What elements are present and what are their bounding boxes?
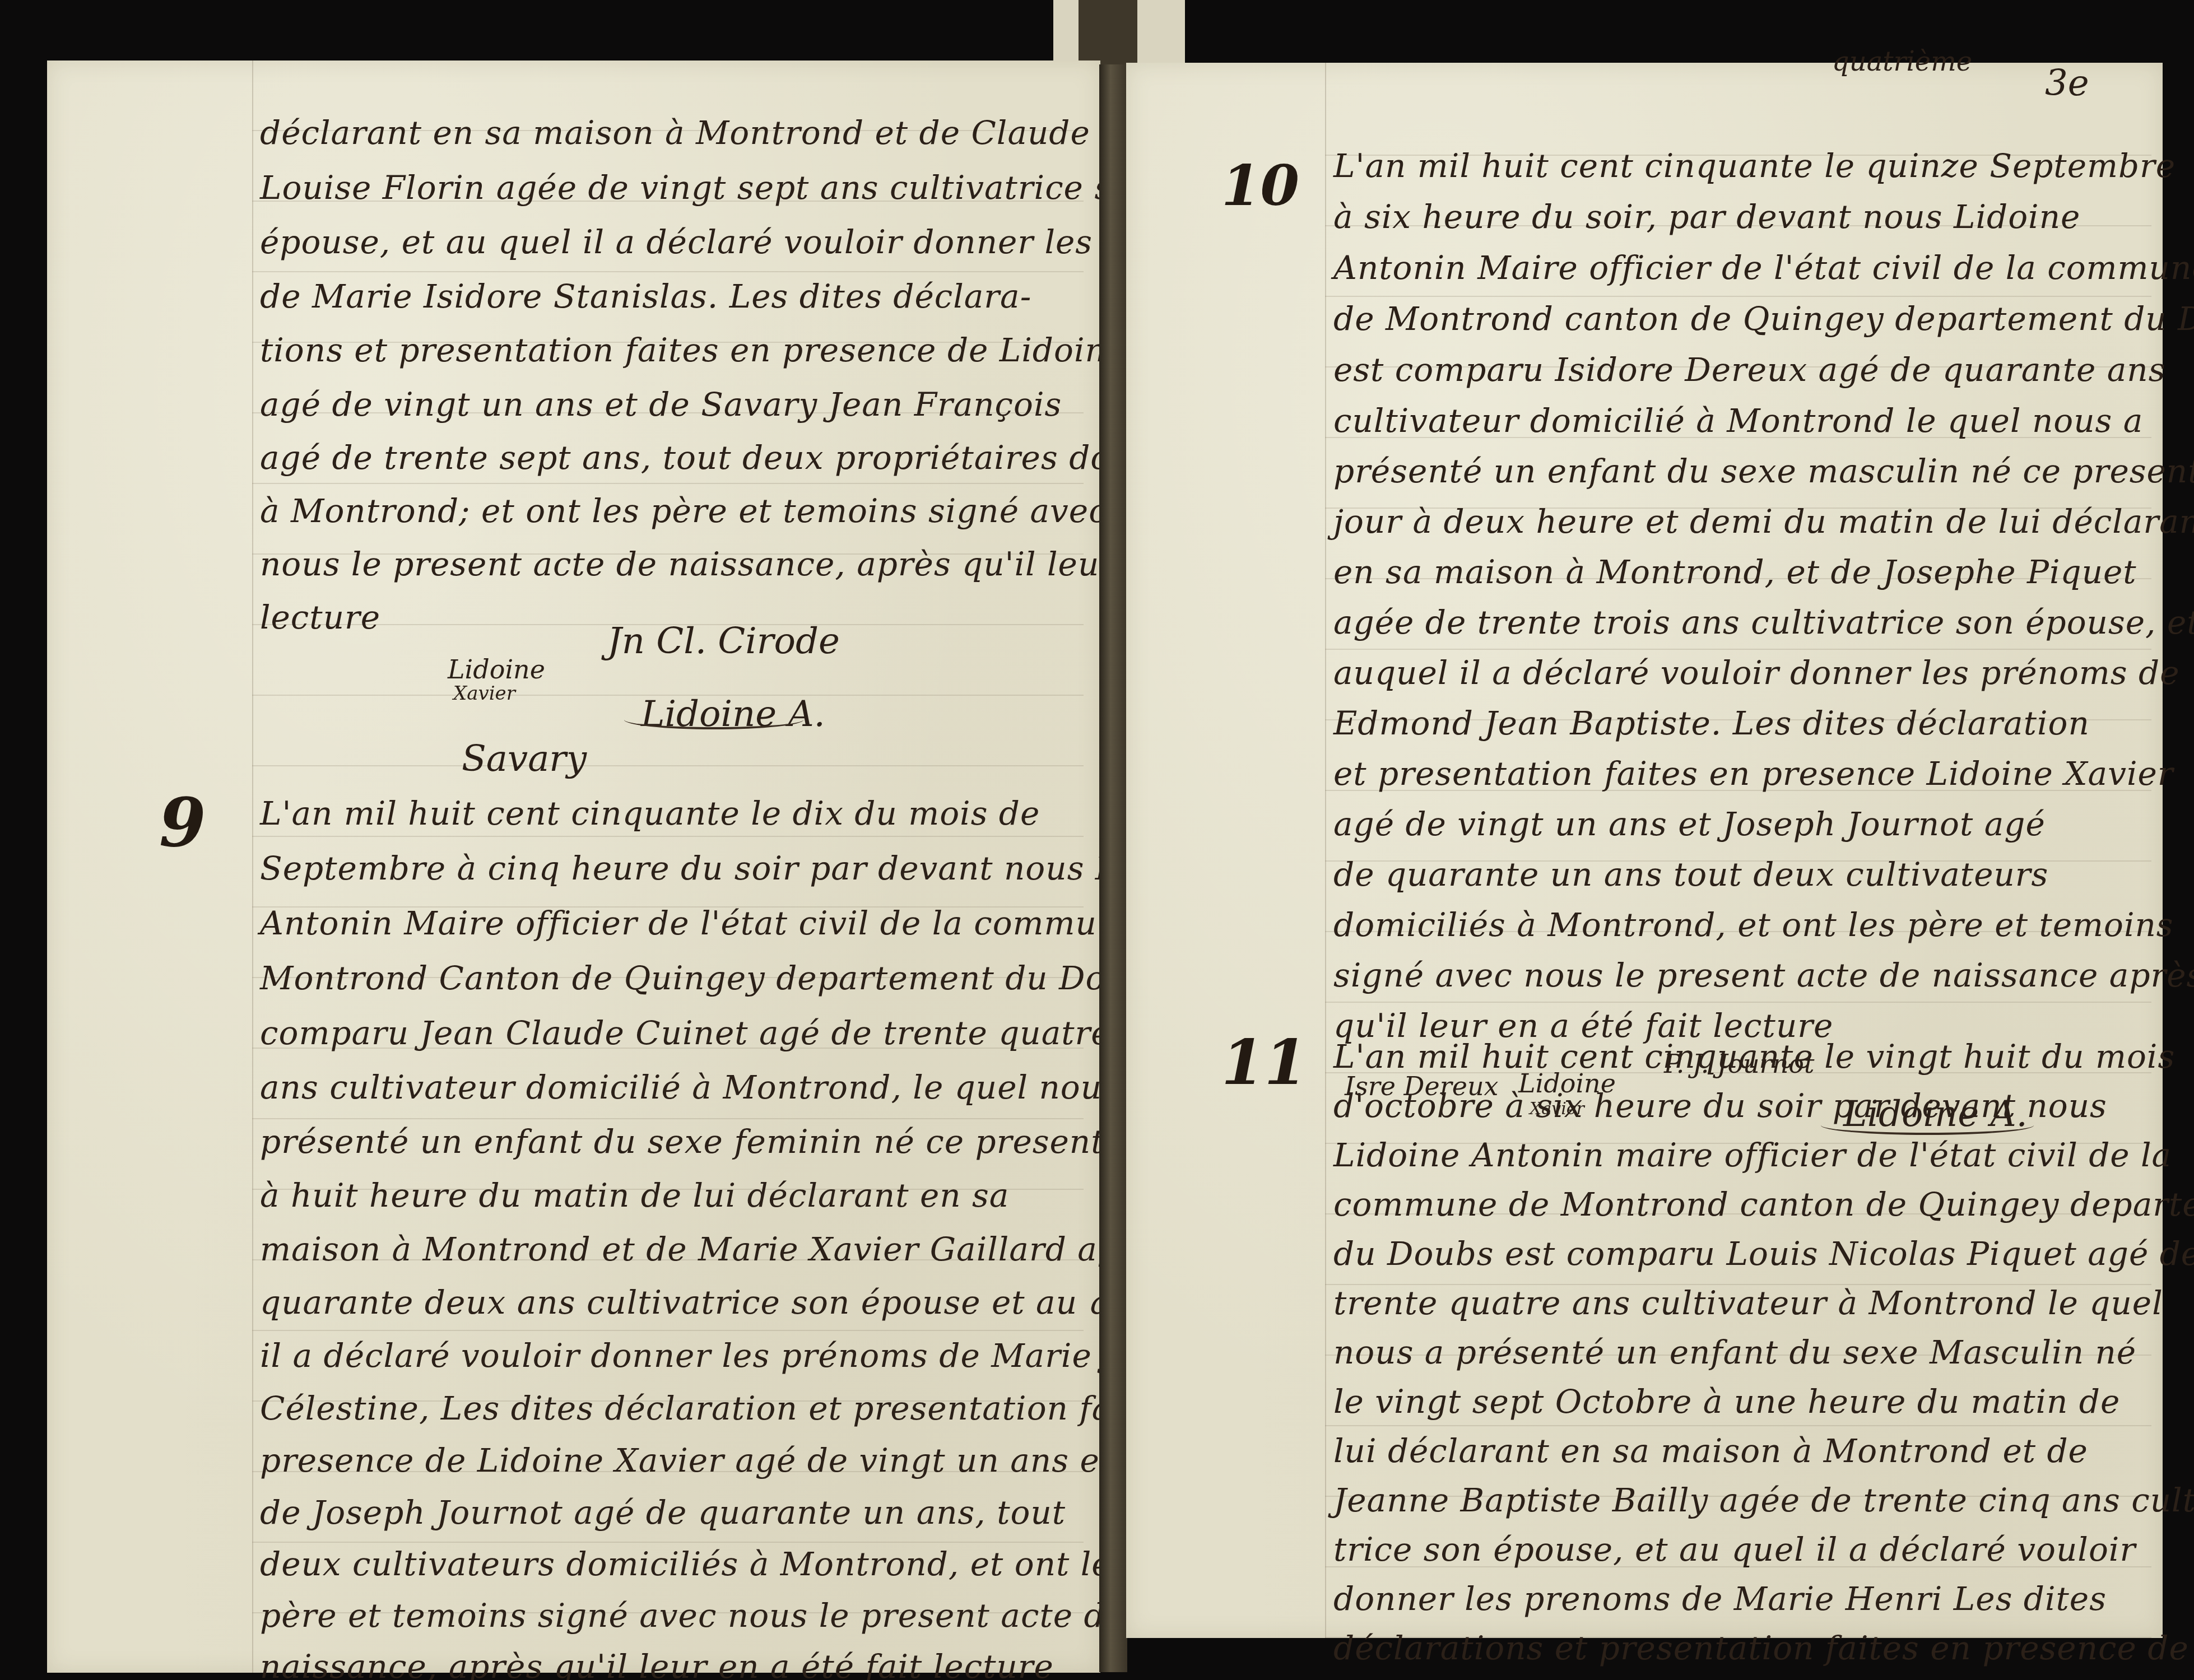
text-line: du Doubs est comparu Louis Nicolas Pique…	[1333, 1237, 2194, 1270]
text-line: et presentation faites en presence Lidoi…	[1333, 757, 2174, 790]
text-line: presence de Lidoine Xavier agé de vingt …	[260, 1444, 1113, 1477]
text-line: Louise Florin agée de vingt sept ans cul…	[260, 171, 1153, 204]
text-line: donner les prenoms de Marie Henri Les di…	[1333, 1583, 2107, 1615]
text-line: de quarante un ans tout deux cultivateur…	[1333, 858, 2048, 891]
text-line: agée de trente trois ans cultivatrice so…	[1333, 606, 2194, 639]
text-line: L'an mil huit cent cinquante le quinze S…	[1333, 150, 2176, 182]
text-line: lui déclarant en sa maison à Montrond et…	[1333, 1435, 2088, 1467]
text-line: déclarant en sa maison à Montrond et de …	[260, 117, 1090, 149]
binding-top	[1053, 0, 1185, 66]
text-line: Jeanne Baptiste Bailly agée de trente ci…	[1333, 1484, 2194, 1516]
left-page: déclarant en sa maison à Montrond et de …	[47, 61, 1100, 1673]
text-line: nous a présenté un enfant du sexe Mascul…	[1333, 1336, 2136, 1369]
text-line: est comparu Isidore Dereux agé de quaran…	[1333, 353, 2165, 386]
text-line: Célestine, Les dites déclaration et pres…	[260, 1392, 1226, 1425]
text-line: agé de trente sept ans, tout deux propri…	[260, 441, 1242, 474]
text-line: Septembre à cinq heure du soir par devan…	[260, 852, 1222, 885]
entry-number: 10	[1221, 152, 1299, 218]
text-line: maison à Montrond et de Marie Xavier Gai…	[260, 1233, 1159, 1265]
text-line: père et temoins signé avec nous le prese…	[260, 1599, 1125, 1632]
entry-number: 9	[159, 783, 206, 862]
text-line: il a déclaré vouloir donner les prénoms …	[260, 1339, 1160, 1372]
text-line: à six heure du soir, par devant nous Lid…	[1333, 201, 2080, 233]
text-line: Antonin Maire officier de l'état civil d…	[260, 907, 1191, 939]
entry-number: 11	[1221, 1026, 1307, 1099]
book-gutter	[1099, 64, 1127, 1672]
text-line: de Marie Isidore Stanislas. Les dites dé…	[260, 280, 1031, 313]
signature-cirode: Jn Cl. Cirode	[607, 621, 840, 662]
text-line: le vingt sept Octobre à une heure du mat…	[1333, 1385, 2120, 1418]
text-line: quarante deux ans cultivatrice son épous…	[260, 1286, 1162, 1319]
text-line: tions et presentation faites en presence…	[260, 334, 1126, 366]
right-page: quatrième 3e 10 L'an mil huit cent cinqu…	[1126, 63, 2163, 1638]
text-line: agé de vingt un ans et de Savary Jean Fr…	[260, 388, 1062, 421]
folio-number: 3e	[2045, 63, 2089, 104]
text-line: présenté un enfant du sexe feminin né ce…	[260, 1125, 1184, 1158]
header-note: quatrième	[1832, 46, 1972, 77]
text-line: de Montrond canton de Quingey departemen…	[1333, 303, 2194, 335]
text-line: Edmond Jean Baptiste. Les dites déclarat…	[1333, 707, 2090, 739]
signature-savary: Savary	[462, 738, 587, 780]
text-line: L'an mil huit cent cinquante le vingt hu…	[1333, 1040, 2175, 1073]
text-line: jour à deux heure et demi du matin de lu…	[1333, 505, 2194, 538]
text-line: auquel il a déclaré vouloir donner les p…	[1333, 657, 2179, 689]
text-line: à huit heure du matin de lui déclarant e…	[260, 1179, 1009, 1212]
text-line: lecture	[260, 601, 380, 634]
text-line: déclarations et presentation faites en p…	[1333, 1632, 2189, 1664]
text-line: d'octobre à six heure du soir par devant…	[1333, 1090, 2107, 1122]
text-line: cultivateur domicilié à Montrond le quel…	[1333, 404, 2143, 437]
text-line: Antonin Maire officier de l'état civil d…	[1333, 252, 2194, 284]
text-line: en sa maison à Montrond, et de Josephe P…	[1333, 556, 2137, 588]
text-line: Lidoine Antonin maire officier de l'état…	[1333, 1139, 2172, 1171]
text-line: Montrond Canton de Quingey departement d…	[260, 962, 1166, 994]
text-line: à Montrond; et ont les père et temoins s…	[260, 495, 1108, 527]
text-line: trente quatre ans cultivateur à Montrond…	[1333, 1287, 2163, 1319]
text-line: présenté un enfant du sexe masculin né c…	[1333, 455, 2194, 487]
text-line: agé de vingt un ans et Joseph Journot ag…	[1333, 808, 2046, 840]
text-line: L'an mil huit cent cinquante le dix du m…	[260, 797, 1040, 830]
text-line: signé avec nous le present acte de naiss…	[1333, 959, 2194, 992]
text-line: deux cultivateurs domiciliés à Montrond,…	[260, 1548, 1128, 1580]
signature-lidoine-sub: Xavier	[453, 682, 515, 705]
signature-flourish	[624, 710, 803, 729]
signature-lidoine: Lidoine	[448, 654, 545, 685]
text-line: de Joseph Journot agé de quarante un ans…	[260, 1496, 1066, 1529]
text-line: domiciliés à Montrond, et ont les père e…	[1333, 909, 2174, 941]
text-line: ans cultivateur domicilié à Montrond, le…	[260, 1071, 1150, 1104]
text-line: commune de Montrond canton de Quingey de…	[1333, 1188, 2194, 1221]
text-line: naissance, après qu'il leur en a été fai…	[260, 1650, 1054, 1680]
text-line: comparu Jean Claude Cuinet agé de trente…	[260, 1017, 1111, 1049]
text-line: trice son épouse, et au quel il a déclar…	[1333, 1533, 2136, 1566]
